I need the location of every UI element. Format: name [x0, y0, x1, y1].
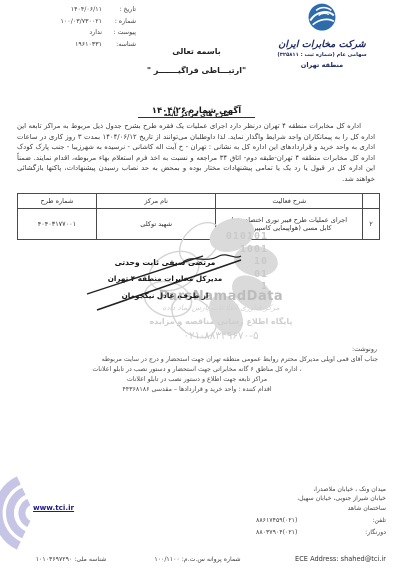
tci-watermark-icon	[0, 474, 46, 554]
plan-table-header-row: شرح فعالیت نام مرکز شماره طرح	[18, 194, 380, 209]
besmele-heading: باسمه تعالی	[0, 47, 393, 56]
phone-value: ۸۸۶۱۷۴۵۹(۰۲۱)	[256, 517, 352, 524]
tci-logo-icon	[305, 2, 339, 34]
binary-row: 010101	[196, 231, 268, 244]
field-attachment-value: ندارد	[14, 27, 102, 39]
watermark-phone: ۰۲۱-۸۸۳۴۹۶۷۰-۵	[122, 330, 320, 342]
ece-email-link[interactable]: ECE Address: shahed@tci.ir	[295, 555, 386, 563]
notice-subtitle: طرح های مراکز تابعه	[0, 111, 393, 118]
field-attachment: پیوست : ندارد	[14, 27, 136, 39]
signature-name: مرتضی سیفی ثابت وحدتی	[83, 258, 247, 267]
footer-address: میدان ونک ، خیابان ملاصدرا، خیابان شیراز…	[246, 485, 386, 513]
field-date: تاریخ : ۱۴۰۴/۰۶/۱۱	[14, 4, 136, 16]
footer-fax: دورنگار: ۸۸۰۳۷۹۰۴(۰۲۱)	[256, 529, 386, 536]
field-date-value: ۱۴۰۴/۰۶/۱۱	[14, 4, 102, 16]
footer-phone: تلفن: ۸۸۶۱۷۴۵۹(۰۲۱)	[256, 517, 386, 524]
col-plan-number: شماره طرح	[18, 194, 97, 209]
cc-line-4: اقدام کننده : واحد خرید و قراردادها – مق…	[16, 385, 378, 395]
signature-on-behalf: از طرف، عادل نیکجومان	[83, 291, 247, 300]
company-header: شرکت مخابرات ایران سهامی عام (شماره ثبت …	[272, 2, 372, 69]
address-line-2: خیابان شیراز جنوبی، خیابان سهیل،	[246, 494, 386, 503]
notice-body: اداره کل مخابرات منطقه ۴ تهران درنظر دار…	[17, 121, 375, 185]
document-page: تاریخ : ۱۴۰۴/۰۶/۱۱ شماره : ۱۰۰/۰۳/۷۳۰۰۲۱…	[0, 0, 393, 576]
cc-label: رونوشت:	[352, 345, 377, 353]
cell-row-number: ۲	[363, 209, 380, 240]
address-line-1: میدان ونک ، خیابان ملاصدرا،	[246, 485, 386, 494]
phone-label: تلفن:	[352, 517, 386, 524]
cc-line-3: مراکز تابعه جهت اطلاع و دستور نصب در تاب…	[16, 375, 378, 385]
field-number: شماره : ۱۰۰/۰۳/۷۳۰۰۲۱	[14, 16, 136, 28]
field-number-value: ۱۰۰/۰۳/۷۳۰۰۲۱	[14, 16, 102, 28]
fax-label: دورنگار:	[352, 529, 386, 536]
reference-fields: تاریخ : ۱۴۰۴/۰۶/۱۱ شماره : ۱۰۰/۰۳/۷۳۰۰۲۱…	[14, 4, 136, 50]
slogan-heading: "ارتبـــاطی فراگیـــــــر "	[0, 66, 393, 75]
website-link[interactable]: www.tci.ir	[33, 503, 74, 512]
signature-block: مرتضی سیفی ثابت وحدتی مدیرکل مخابرات منط…	[83, 258, 247, 300]
field-number-label: شماره :	[102, 16, 136, 28]
footer-license-number: شماره پروانه س.ت.م: ۱۰۰/۱۱۰۰	[130, 556, 265, 563]
address-line-3: ساختمان شاهد	[246, 504, 386, 513]
field-attachment-label: پیوست :	[102, 27, 136, 39]
field-date-label: تاریخ :	[102, 4, 136, 16]
fax-value: ۸۸۰۳۷۹۰۴(۰۲۱)	[256, 529, 352, 536]
cc-line-1: جناب آقای قمی اویلی مدیرکل محترم روابط ع…	[16, 355, 378, 365]
binary-row: 1001	[196, 244, 268, 257]
footer-national-id: شناسه ملی: ۱۰۱۰۳۶۹۷۲۹۰	[16, 556, 126, 563]
watermark-line2: پایگاه اطلاع رسانی مناقصه و مزایده	[122, 317, 320, 326]
col-activity: شرح فعالیت	[216, 194, 363, 209]
col-row-number	[363, 194, 380, 209]
watermark-line1: مرکز فناوری اطلاعات پارس نماد داده	[132, 303, 310, 312]
col-center-name: نام مرکز	[96, 194, 216, 209]
cc-line-2: ، اداره کل مناطق ۶ گانه مخابراتی جهت است…	[16, 365, 378, 375]
notice-body-paragraph: اداره کل مخابرات منطقه ۴ تهران درنظر دار…	[17, 121, 375, 185]
cell-plan-number: ۴۰۴۰۳۱۷۷۰۰۱	[18, 209, 97, 240]
signature-title: مدیرکل مخابرات منطقه ۴ تهران	[83, 274, 247, 283]
